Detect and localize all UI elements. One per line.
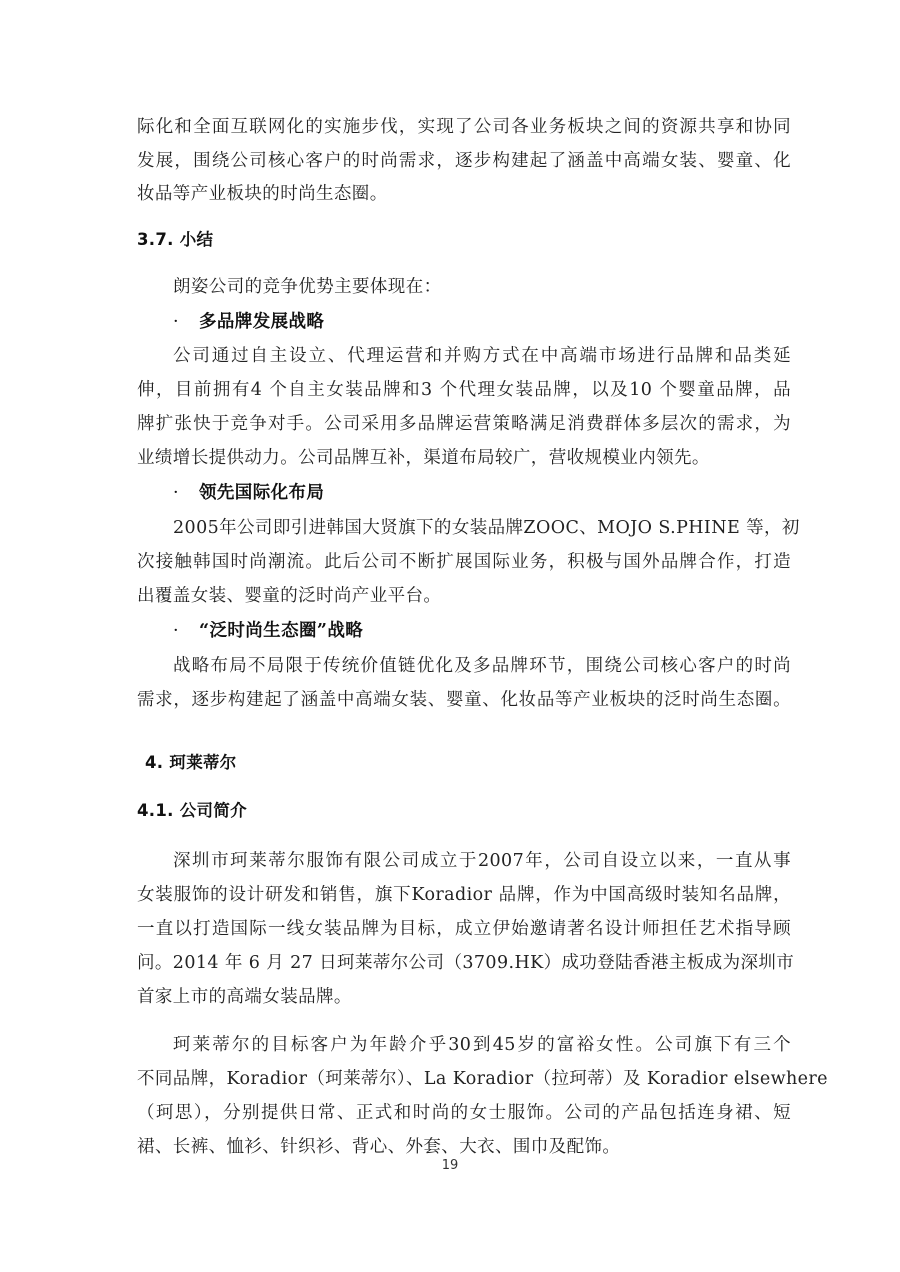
bullet-icon: · [173, 482, 199, 504]
paragraph-line: 问。2014 年 6 月 27 日珂莱蒂尔公司（3709.HK）成功登陆香港主板… [137, 952, 791, 974]
bullet-icon: · [173, 311, 199, 333]
paragraph-line: 首家上市的高端女装品牌。 [137, 986, 352, 1008]
paragraph-line: 妆品等产业板块的时尚生态圈。 [137, 183, 388, 205]
paragraph-line: 深圳市珂莱蒂尔服饰有限公司成立于2007年，公司自设立以来，一直从事 [173, 850, 791, 872]
bullet-heading-international: ·领先国际化布局 [173, 482, 324, 504]
paragraph-line: 需求，逐步构建起了涵盖中高端女装、婴童、化妆品等产业板块的泛时尚生态圈。 [137, 689, 791, 711]
paragraph-line: 不同品牌，Koradior（珂莱蒂尔）、La Koradior（拉珂蒂）及 Ko… [137, 1068, 791, 1090]
paragraph-line: 发展，围绕公司核心客户的时尚需求，逐步构建起了涵盖中高端女装、婴童、化 [137, 150, 791, 172]
paragraph-line: 牌扩张快于竞争对手。公司采用多品牌运营策略满足消费群体多层次的需求，为 [137, 413, 791, 435]
paragraph-line: 际化和全面互联网化的实施步伐，实现了公司各业务板块之间的资源共享和协同 [137, 116, 791, 138]
paragraph-line: 次接触韩国时尚潮流。此后公司不断扩展国际业务，积极与国外品牌合作，打造 [137, 551, 791, 573]
paragraph-line: 出覆盖女装、婴童的泛时尚产业平台。 [137, 585, 441, 607]
paragraph-line: 业绩增长提供动力。公司品牌互补，渠道布局较广，营收规模业内领先。 [137, 447, 710, 469]
paragraph-line: 裙、长裤、恤衫、针织衫、背心、外套、大衣、围巾及配饰。 [137, 1136, 620, 1158]
section-heading-4-1: 4.1. 公司简介 [137, 800, 247, 822]
paragraph-line: 伸，目前拥有4 个自主女装品牌和3 个代理女装品牌，以及10 个婴童品牌，品 [137, 379, 791, 401]
paragraph-line: （珂思），分别提供日常、正式和时尚的女士服饰。公司的产品包括连身裙、短 [137, 1102, 791, 1124]
paragraph-line: 公司通过自主设立、代理运营和并购方式在中高端市场进行品牌和品类延 [173, 345, 791, 367]
paragraph-line: 女装服饰的设计研发和销售，旗下Koradior 品牌，作为中国高级时装知名品牌， [137, 884, 791, 906]
paragraph-line: 一直以打造国际一线女装品牌为目标，成立伊始邀请著名设计师担任艺术指导顾 [137, 918, 791, 940]
bullet-heading-multi-brand: ·多品牌发展战略 [173, 311, 324, 333]
paragraph-line: 战略布局不局限于传统价值链优化及多品牌环节，围绕公司核心客户的时尚 [173, 655, 791, 677]
paragraph-line: 2005年公司即引进韩国大贤旗下的女装品牌ZOOC、MOJO S.PHINE 等… [173, 517, 791, 539]
bullet-title: 多品牌发展战略 [199, 312, 324, 332]
section-intro: 朗姿公司的竞争优势主要体现在： [173, 276, 442, 298]
page-number: 19 [0, 1158, 900, 1173]
paragraph-line: 珂莱蒂尔的目标客户为年龄介乎30到45岁的富裕女性。公司旗下有三个 [173, 1034, 791, 1056]
section-heading-3-7: 3.7. 小结 [137, 229, 213, 251]
bullet-title: “泛时尚生态圈”战略 [199, 621, 363, 641]
section-heading-4: 4. 珂莱蒂尔 [145, 752, 237, 774]
bullet-title: 领先国际化布局 [199, 483, 324, 503]
bullet-icon: · [173, 620, 199, 642]
bullet-heading-pan-fashion: ·“泛时尚生态圈”战略 [173, 620, 363, 642]
